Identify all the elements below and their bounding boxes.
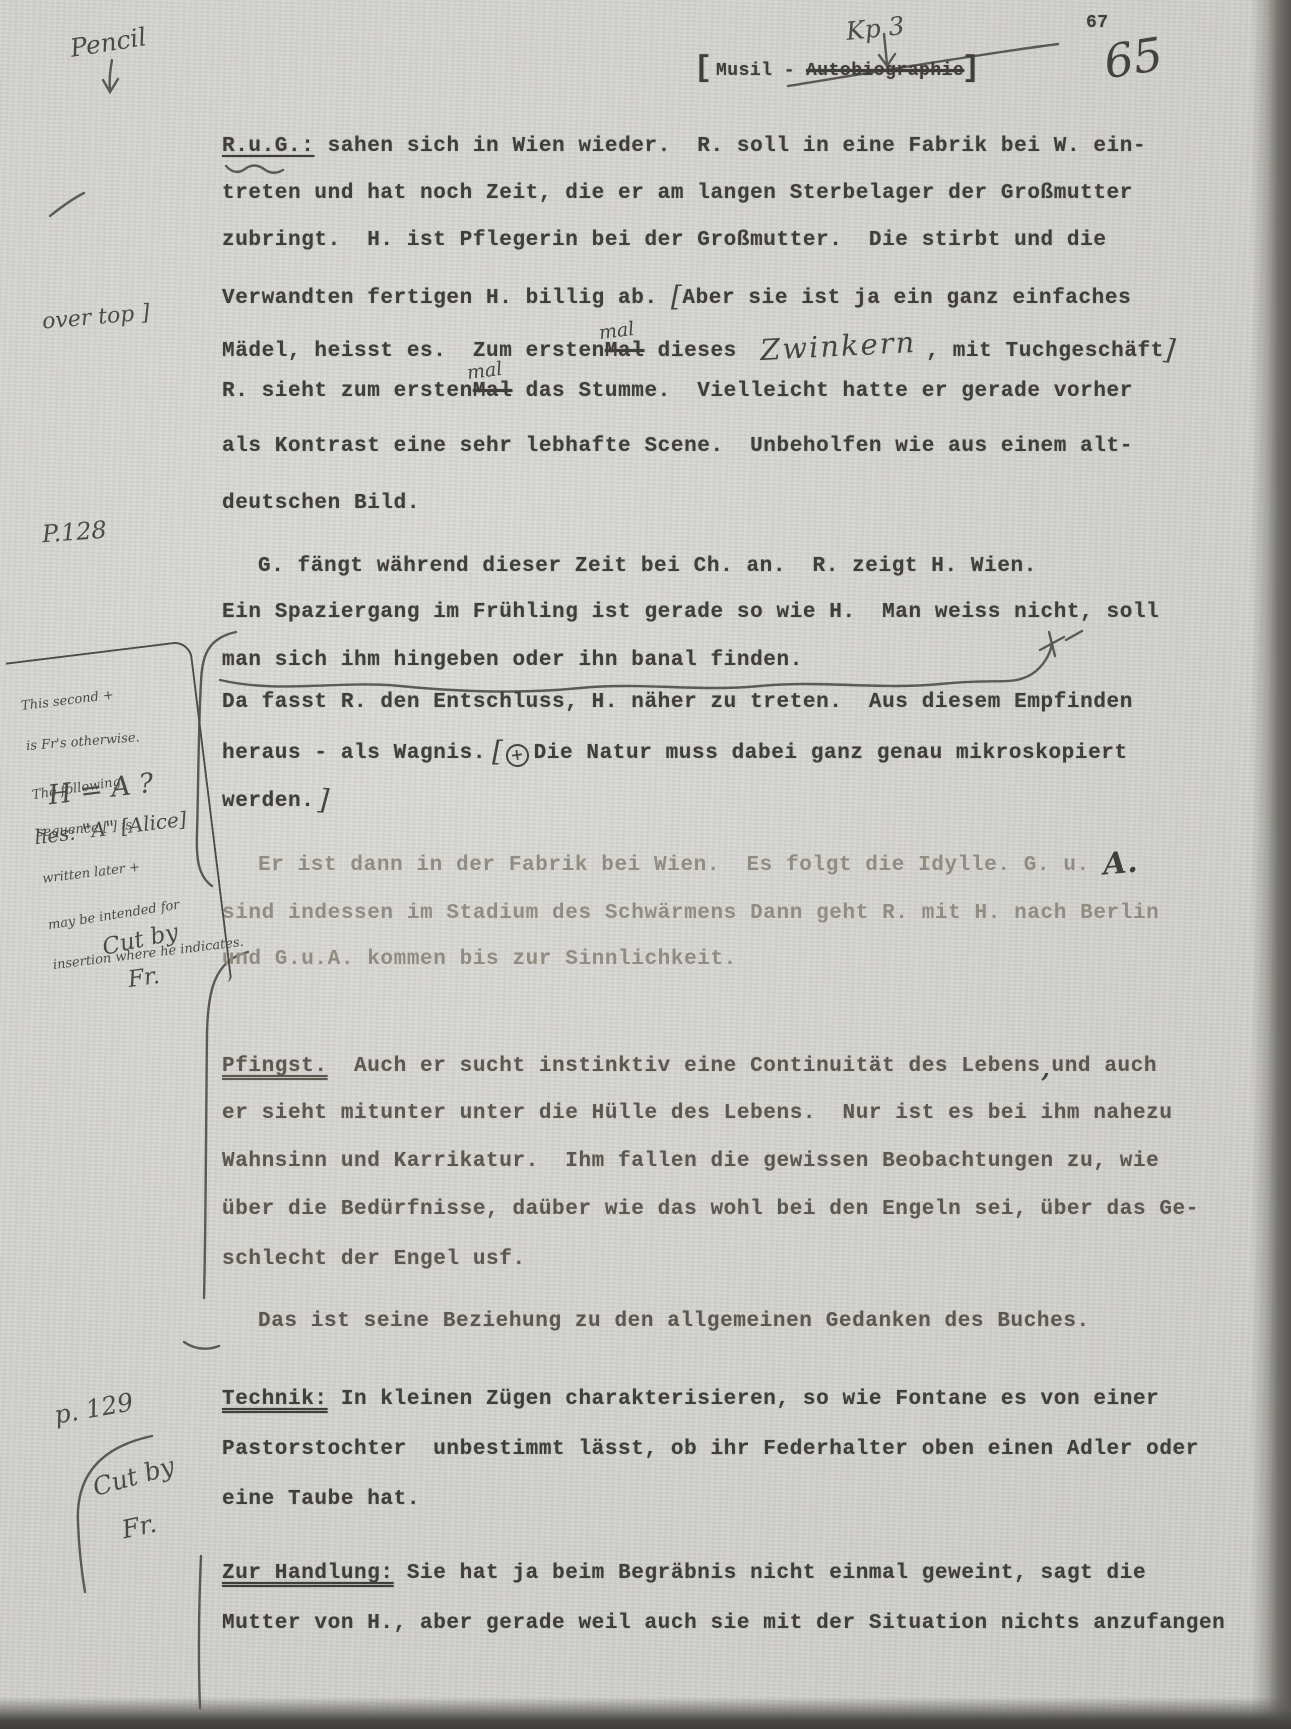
line-text: , mit Tuchgeschäft bbox=[926, 340, 1164, 363]
scanned-typescript-page: [ Musil - Autobiographie ] Kp 3 67 65 R.… bbox=[0, 0, 1291, 1729]
handwritten-mal-insertion: mal bbox=[598, 320, 635, 343]
typed-line: Ein Spaziergang im Frühling ist gerade s… bbox=[222, 602, 1159, 623]
margin-over-top-note: over top ] bbox=[41, 301, 151, 333]
margin-cut-by-note-2: Cut by bbox=[90, 1453, 177, 1501]
typed-line: sind indessen im Stadium des Schwärmens … bbox=[222, 903, 1159, 924]
finden-plus-mark bbox=[1040, 631, 1082, 656]
typed-line: er sieht mitunter unter die Hülle des Le… bbox=[222, 1103, 1173, 1124]
handwritten-open-bracket: [ bbox=[671, 283, 683, 311]
handwritten-a-name: A. bbox=[1102, 848, 1139, 881]
line-text: Er ist dann in der Fabrik bei Wien. Es f… bbox=[258, 854, 1103, 877]
line-text: Auch er sucht instinktiv eine Continuitä… bbox=[328, 1055, 1041, 1078]
header-struck-word: Autobiographie bbox=[806, 62, 964, 80]
line-text: werden. bbox=[222, 790, 314, 813]
bottom-paragraph-cut-line bbox=[199, 1556, 201, 1708]
margin-pencil-note: Pencil bbox=[68, 24, 148, 62]
header-close-bracket: ] bbox=[962, 54, 981, 84]
line-text: dieses bbox=[644, 340, 750, 363]
typed-line: Zur Handlung: Sie hat ja beim Begräbnis … bbox=[222, 1563, 1146, 1584]
handwritten-close-bracket: ] bbox=[1163, 335, 1177, 364]
margin-box-note-line: written later + bbox=[42, 852, 211, 887]
typed-line: treten und hat noch Zeit, die er am lang… bbox=[222, 183, 1133, 204]
typed-line: schlecht der Engel usf. bbox=[222, 1249, 526, 1270]
line-text: Sie hat ja beim Begräbnis nicht einmal g… bbox=[394, 1562, 1147, 1585]
line-text: sahen sich in Wien wieder. R. soll in ei… bbox=[314, 135, 1146, 158]
typed-line: Technik: In kleinen Zügen charakterisier… bbox=[222, 1389, 1159, 1410]
typed-line: G. fängt während dieser Zeit bei Ch. an.… bbox=[258, 556, 1037, 577]
typed-line: Pfingst. Auch er sucht instinktiv eine C… bbox=[222, 1051, 1157, 1077]
line-text: Aber sie ist ja ein ganz einfaches bbox=[682, 287, 1131, 310]
typed-line: heraus - als Wagnis.[+Die Natur muss dab… bbox=[222, 738, 1128, 767]
margin-slash-mark bbox=[50, 193, 84, 216]
header-open-bracket: [ bbox=[694, 54, 713, 84]
struck-mal: Mal bbox=[473, 380, 513, 403]
line-text: das Stumme. Vielleicht hatte er gerade v… bbox=[512, 380, 1133, 403]
line-text: Mädel, heisst es. Zum ersten bbox=[222, 340, 605, 363]
typed-line: Da fasst R. den Entschluss, H. näher zu … bbox=[222, 692, 1133, 713]
pfingst-lead: Pfingst. bbox=[222, 1055, 328, 1078]
typed-line: Er ist dann in der Fabrik bei Wien. Es f… bbox=[258, 849, 1138, 879]
typed-line: Das ist seine Beziehung zu den allgemein… bbox=[258, 1311, 1090, 1332]
zur-handlung-lead: Zur Handlung: bbox=[222, 1562, 394, 1585]
typed-line: zubringt. H. ist Pflegerin bei der Großm… bbox=[222, 230, 1107, 251]
handwritten-comma-insertion: , bbox=[1042, 1054, 1051, 1083]
mal-correction: malMal bbox=[605, 341, 645, 362]
line-text: Verwandten fertigen H. billig ab. bbox=[222, 287, 671, 310]
typed-line: eine Taube hat. bbox=[222, 1489, 420, 1510]
line-text: und auch bbox=[1052, 1055, 1158, 1078]
line-text: heraus - als Wagnis. bbox=[222, 742, 486, 765]
mal-correction: malMal bbox=[473, 381, 513, 402]
pfingst-cut-bracket bbox=[204, 952, 248, 1298]
typed-line: als Kontrast eine sehr lebhafte Scene. U… bbox=[222, 436, 1133, 457]
typed-line: R. sieht zum erstenmalMal das Stumme. Vi… bbox=[222, 381, 1133, 402]
typed-page-number: 67 bbox=[1086, 14, 1109, 32]
margin-p128-note: P.128 bbox=[41, 518, 107, 548]
typed-line: Wahnsinn und Karrikatur. Ihm fallen die … bbox=[222, 1151, 1159, 1172]
typed-line: deutschen Bild. bbox=[222, 493, 420, 514]
handwritten-page-number: 65 bbox=[1101, 30, 1166, 87]
scan-edge-bottom bbox=[0, 1697, 1291, 1729]
header-handwritten-insertion: Kp 3 bbox=[845, 13, 906, 45]
scan-edge-right bbox=[1251, 0, 1291, 1729]
header-title: Musil - bbox=[716, 62, 806, 80]
handwritten-close-bracket: ] bbox=[317, 786, 330, 815]
handwritten-mal-insertion: mal bbox=[466, 360, 503, 383]
line-text: In kleinen Zügen charakterisieren, so wi… bbox=[328, 1388, 1160, 1411]
typed-line: Mädel, heisst es. Zum erstenmalMal diese… bbox=[222, 332, 1175, 364]
rug-squiggle-underline bbox=[226, 166, 283, 173]
pencil-label-arrow bbox=[103, 60, 118, 92]
typed-line: über die Bedürfnisse, daüber wie das woh… bbox=[222, 1199, 1199, 1220]
typed-line: und G.u.A. kommen bis zur Sinnlichkeit. bbox=[222, 949, 737, 970]
struck-mal: Mal bbox=[605, 340, 645, 363]
rug-lead: R.u.G.: bbox=[222, 135, 314, 158]
line-text: Die Natur muss dabei ganz genau mikrosko… bbox=[534, 742, 1128, 765]
margin-fr-note: Fr. bbox=[126, 964, 161, 992]
typed-line: Verwandten fertigen H. billig ab. [Aber … bbox=[222, 283, 1131, 311]
line-text: R. sieht zum ersten bbox=[222, 380, 473, 403]
margin-box-note-line: may be intended for bbox=[47, 893, 215, 934]
technik-lead: Technik: bbox=[222, 1388, 328, 1411]
handwritten-open-bracket: [ bbox=[492, 738, 504, 766]
typed-line: Pastorstochter unbestimmt lässt, ob ihr … bbox=[222, 1439, 1199, 1460]
typed-line: man sich ihm hingeben oder ihn banal fin… bbox=[222, 650, 803, 671]
margin-fr-note-2: Fr. bbox=[120, 1511, 159, 1544]
typed-line: R.u.G.: sahen sich in Wien wieder. R. so… bbox=[222, 136, 1146, 157]
das-ist-dash-mark bbox=[184, 1342, 219, 1349]
typed-line: Mutter von H., aber gerade weil auch sie… bbox=[222, 1613, 1225, 1634]
typed-line: werden.] bbox=[222, 786, 330, 814]
margin-box-note-line: This second + bbox=[20, 680, 189, 715]
circled-plus-mark: + bbox=[504, 743, 530, 769]
margin-p129-note: p. 129 bbox=[52, 1389, 135, 1429]
margin-box-note-line: is Fr's otherwise. bbox=[26, 726, 195, 754]
handwritten-zwinkern: Zwinkern bbox=[759, 328, 917, 365]
